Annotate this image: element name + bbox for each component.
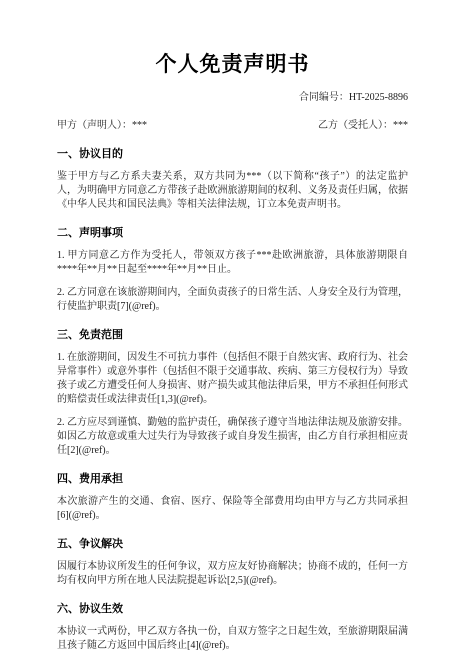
section-paragraph: 1. 在旅游期间，因发生不可抗力事件（包括但不限于自然灾害、政府行为、社会异常事… (57, 351, 408, 407)
section-paragraph: 鉴于甲方与乙方系夫妻关系，双方共同为***（以下简称“孩子”）的法定监护人，为明… (57, 170, 408, 212)
section: 一、协议目的鉴于甲方与乙方系夫妻关系，双方共同为***（以下简称“孩子”）的法定… (57, 147, 408, 212)
section-paragraph: 本次旅游产生的交通、食宿、医疗、保险等全部费用均由甲方与乙方共同承担[6](@r… (57, 495, 408, 523)
sections: 一、协议目的鉴于甲方与乙方系夫妻关系，双方共同为***（以下简称“孩子”）的法定… (57, 147, 408, 653)
section: 六、协议生效本协议一式两份，甲乙双方各执一份，自双方签字之日起生效，至旅游期限届… (57, 602, 408, 653)
section: 五、争议解决因履行本协议所发生的任何争议，双方应友好协商解决；协商不成的，任何一… (57, 537, 408, 588)
section-paragraph: 2. 乙方同意在该旅游期间内，全面负责孩子的日常生活、人身安全及行为管理，行使监… (57, 286, 408, 314)
section-heading: 一、协议目的 (57, 147, 408, 161)
section: 四、费用承担本次旅游产生的交通、食宿、医疗、保险等全部费用均由甲方与乙方共同承担… (57, 472, 408, 523)
section: 三、免责范围1. 在旅游期间，因发生不可抗力事件（包括但不限于自然灾害、政府行为… (57, 328, 408, 458)
section-heading: 六、协议生效 (57, 602, 408, 616)
section-paragraph: 因履行本协议所发生的任何争议，双方应友好协商解决；协商不成的，任何一方均有权向甲… (57, 560, 408, 588)
parties-row: 甲方（声明人）：*** 乙方（受托人）：*** (57, 119, 408, 133)
section-paragraph: 本协议一式两份，甲乙双方各执一份，自双方签字之日起生效，至旅游期限届满且孩子随乙… (57, 625, 408, 653)
contract-number-row: 合同编号：HT-2025-8896 (57, 91, 408, 105)
section-heading: 五、争议解决 (57, 537, 408, 551)
document-page: 个人免责声明书 合同编号：HT-2025-8896 甲方（声明人）：*** 乙方… (0, 0, 463, 655)
section-heading: 二、声明事项 (57, 226, 408, 240)
section-heading: 四、费用承担 (57, 472, 408, 486)
party-b-label: 乙方（受托人）：*** (318, 119, 408, 133)
contract-number-value: HT-2025-8896 (349, 92, 408, 103)
document-title: 个人免责声明书 (57, 50, 408, 78)
contract-number-label: 合同编号： (299, 92, 349, 103)
section-paragraph: 2. 乙方应尽到谨慎、勤勉的监护责任，确保孩子遵守当地法律法规及旅游安排。如因乙… (57, 416, 408, 458)
section: 二、声明事项1. 甲方同意乙方作为受托人，带领双方孩子***赴欧洲旅游，具体旅游… (57, 226, 408, 314)
section-paragraph: 1. 甲方同意乙方作为受托人，带领双方孩子***赴欧洲旅游，具体旅游期限自***… (57, 249, 408, 277)
section-heading: 三、免责范围 (57, 328, 408, 342)
party-a-label: 甲方（声明人）：*** (57, 119, 147, 133)
